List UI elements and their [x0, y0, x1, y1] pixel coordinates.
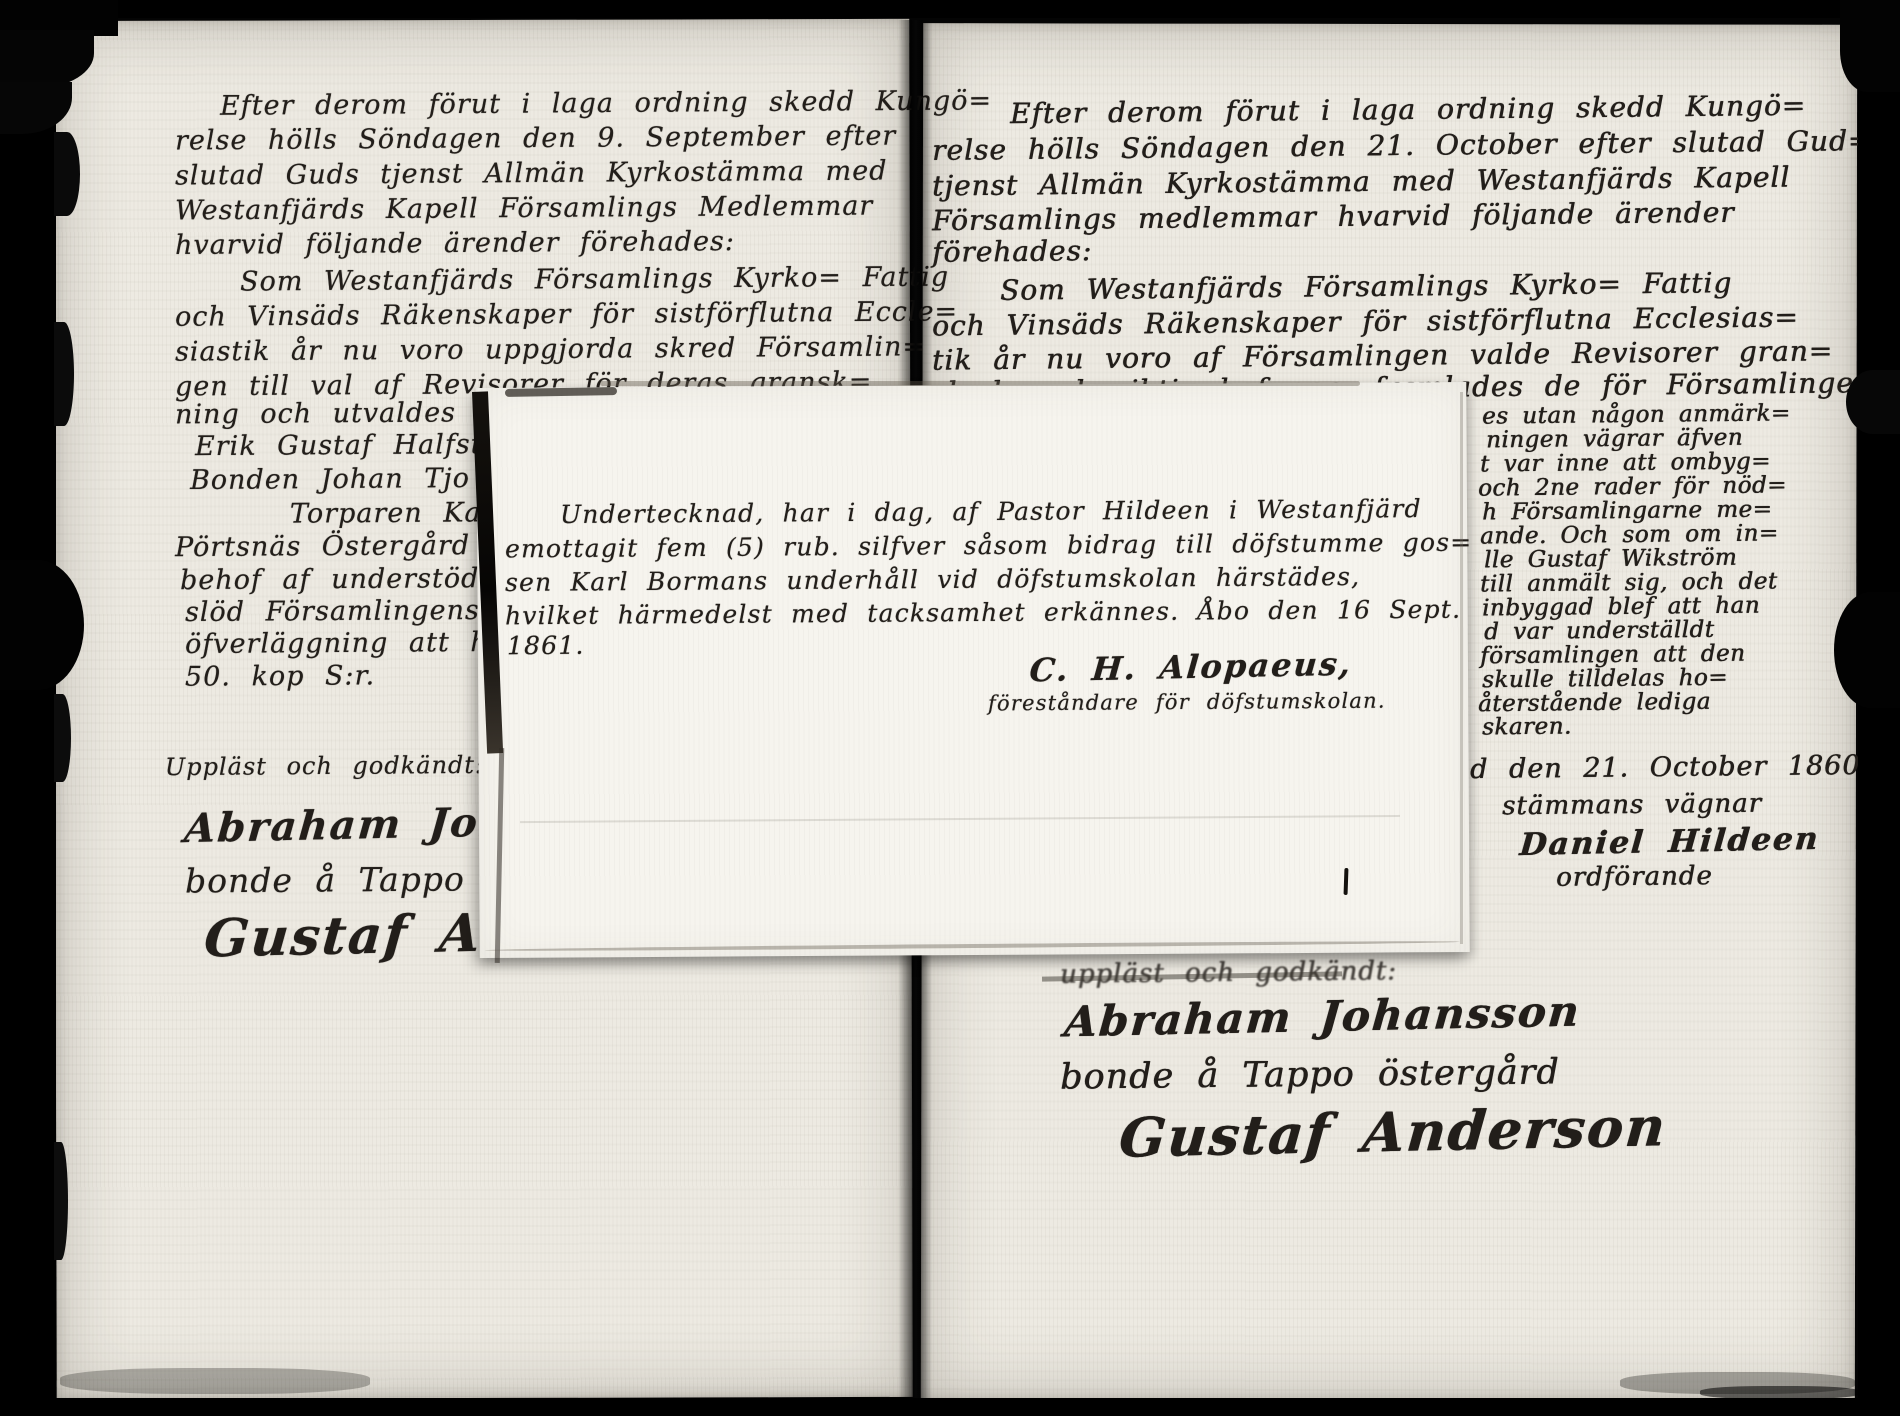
- handwritten-line: och Vinsäds Räkenskaper för sistförflutn…: [175, 296, 958, 332]
- handwritten-line: slutad Guds tjenst Allmän Kyrkostämma me…: [175, 156, 888, 192]
- handwritten-line-fragment: Erik Gustaf Halfsten: [195, 429, 518, 462]
- scan-artifact-streak: [54, 694, 71, 782]
- handwritten-line-fragment: återstående lediga: [1478, 689, 1711, 717]
- handwritten-line: Westanfjärds Kapell Församlings Medlemma…: [175, 191, 873, 227]
- scan-artifact-corner: [1840, 0, 1900, 92]
- receipt-line: Undertecknad, har i dag, af Pastor Hilde…: [560, 494, 1422, 529]
- handwritten-line: förehades:: [932, 234, 1093, 269]
- scan-artifact-streak: [54, 322, 74, 426]
- scan-border-top: [0, 0, 1900, 18]
- handwritten-line-fragment: Bonden Johan Tjo: [190, 463, 470, 496]
- handwritten-line: Efter derom förut i laga ordning skedd K…: [220, 85, 992, 121]
- handwritten-line-fragment: Torparen Ka: [290, 497, 482, 529]
- handwritten-line-fragment: skaren.: [1482, 714, 1572, 741]
- receipt-line: 1861.: [507, 631, 585, 661]
- closing-date-line: d den 21. October 1860.: [1470, 750, 1870, 785]
- scan-artifact-smear: [60, 1368, 370, 1394]
- handwritten-line: Som Westanfjärds Församlings Kyrko= Fatt…: [240, 262, 949, 298]
- receipt-line: sen Karl Bormans underhåll vid döfstumsk…: [505, 562, 1360, 597]
- scan-artifact-streak: [54, 1142, 68, 1260]
- scan-border-bottom: [0, 1398, 1900, 1416]
- scan-artifact-smear: [1700, 1386, 1860, 1399]
- closing-behalf-line: stämmans vägnar: [1502, 789, 1762, 822]
- scan-artifact-streak: [54, 132, 80, 216]
- signature-gustaf-anderson: Gustaf Anderson: [1117, 1094, 1670, 1169]
- signature-daniel-hildeen: Daniel Hildeen: [1518, 821, 1821, 863]
- closing-role: ordförande: [1556, 861, 1713, 893]
- scan-border-left: [0, 0, 56, 1416]
- handwritten-line-fragment: behof af understöd f: [180, 563, 511, 596]
- handwritten-line: relse hölls Söndagen den 9. September ef…: [175, 120, 896, 156]
- scan-artifact-streak: [1846, 370, 1900, 434]
- handwritten-line-fragment: öfverläggning att h: [185, 627, 489, 660]
- handwritten-line-fragment: Pörtsnäs Östergård s: [175, 530, 506, 563]
- scan-border-right: [1858, 0, 1900, 1416]
- handwritten-line: hvarvid följande ärender förehades:: [175, 226, 735, 261]
- scan-artifact-blob: [1834, 592, 1900, 708]
- handwritten-line: siastik år nu voro uppgjorda skred Försa…: [175, 331, 926, 367]
- handwritten-line-fragment: slöd Församlingens: [185, 595, 480, 628]
- signature-title-line: föreståndare för döfstumskolan.: [988, 689, 1386, 716]
- note-top-edge: [600, 381, 1360, 386]
- signature-title-line: bonde å Tappo östergård: [1060, 1052, 1560, 1097]
- approval-heading: Uppläst och godkändt:: [165, 751, 484, 781]
- handwritten-line-fragment: 50. kop S:r.: [185, 660, 375, 692]
- signature-alopaeus: C. H. Alopaeus,: [1028, 645, 1354, 690]
- note-right-edge: [1460, 392, 1463, 944]
- scanned-document: Efter derom förut i laga ordning skedd K…: [0, 0, 1900, 1416]
